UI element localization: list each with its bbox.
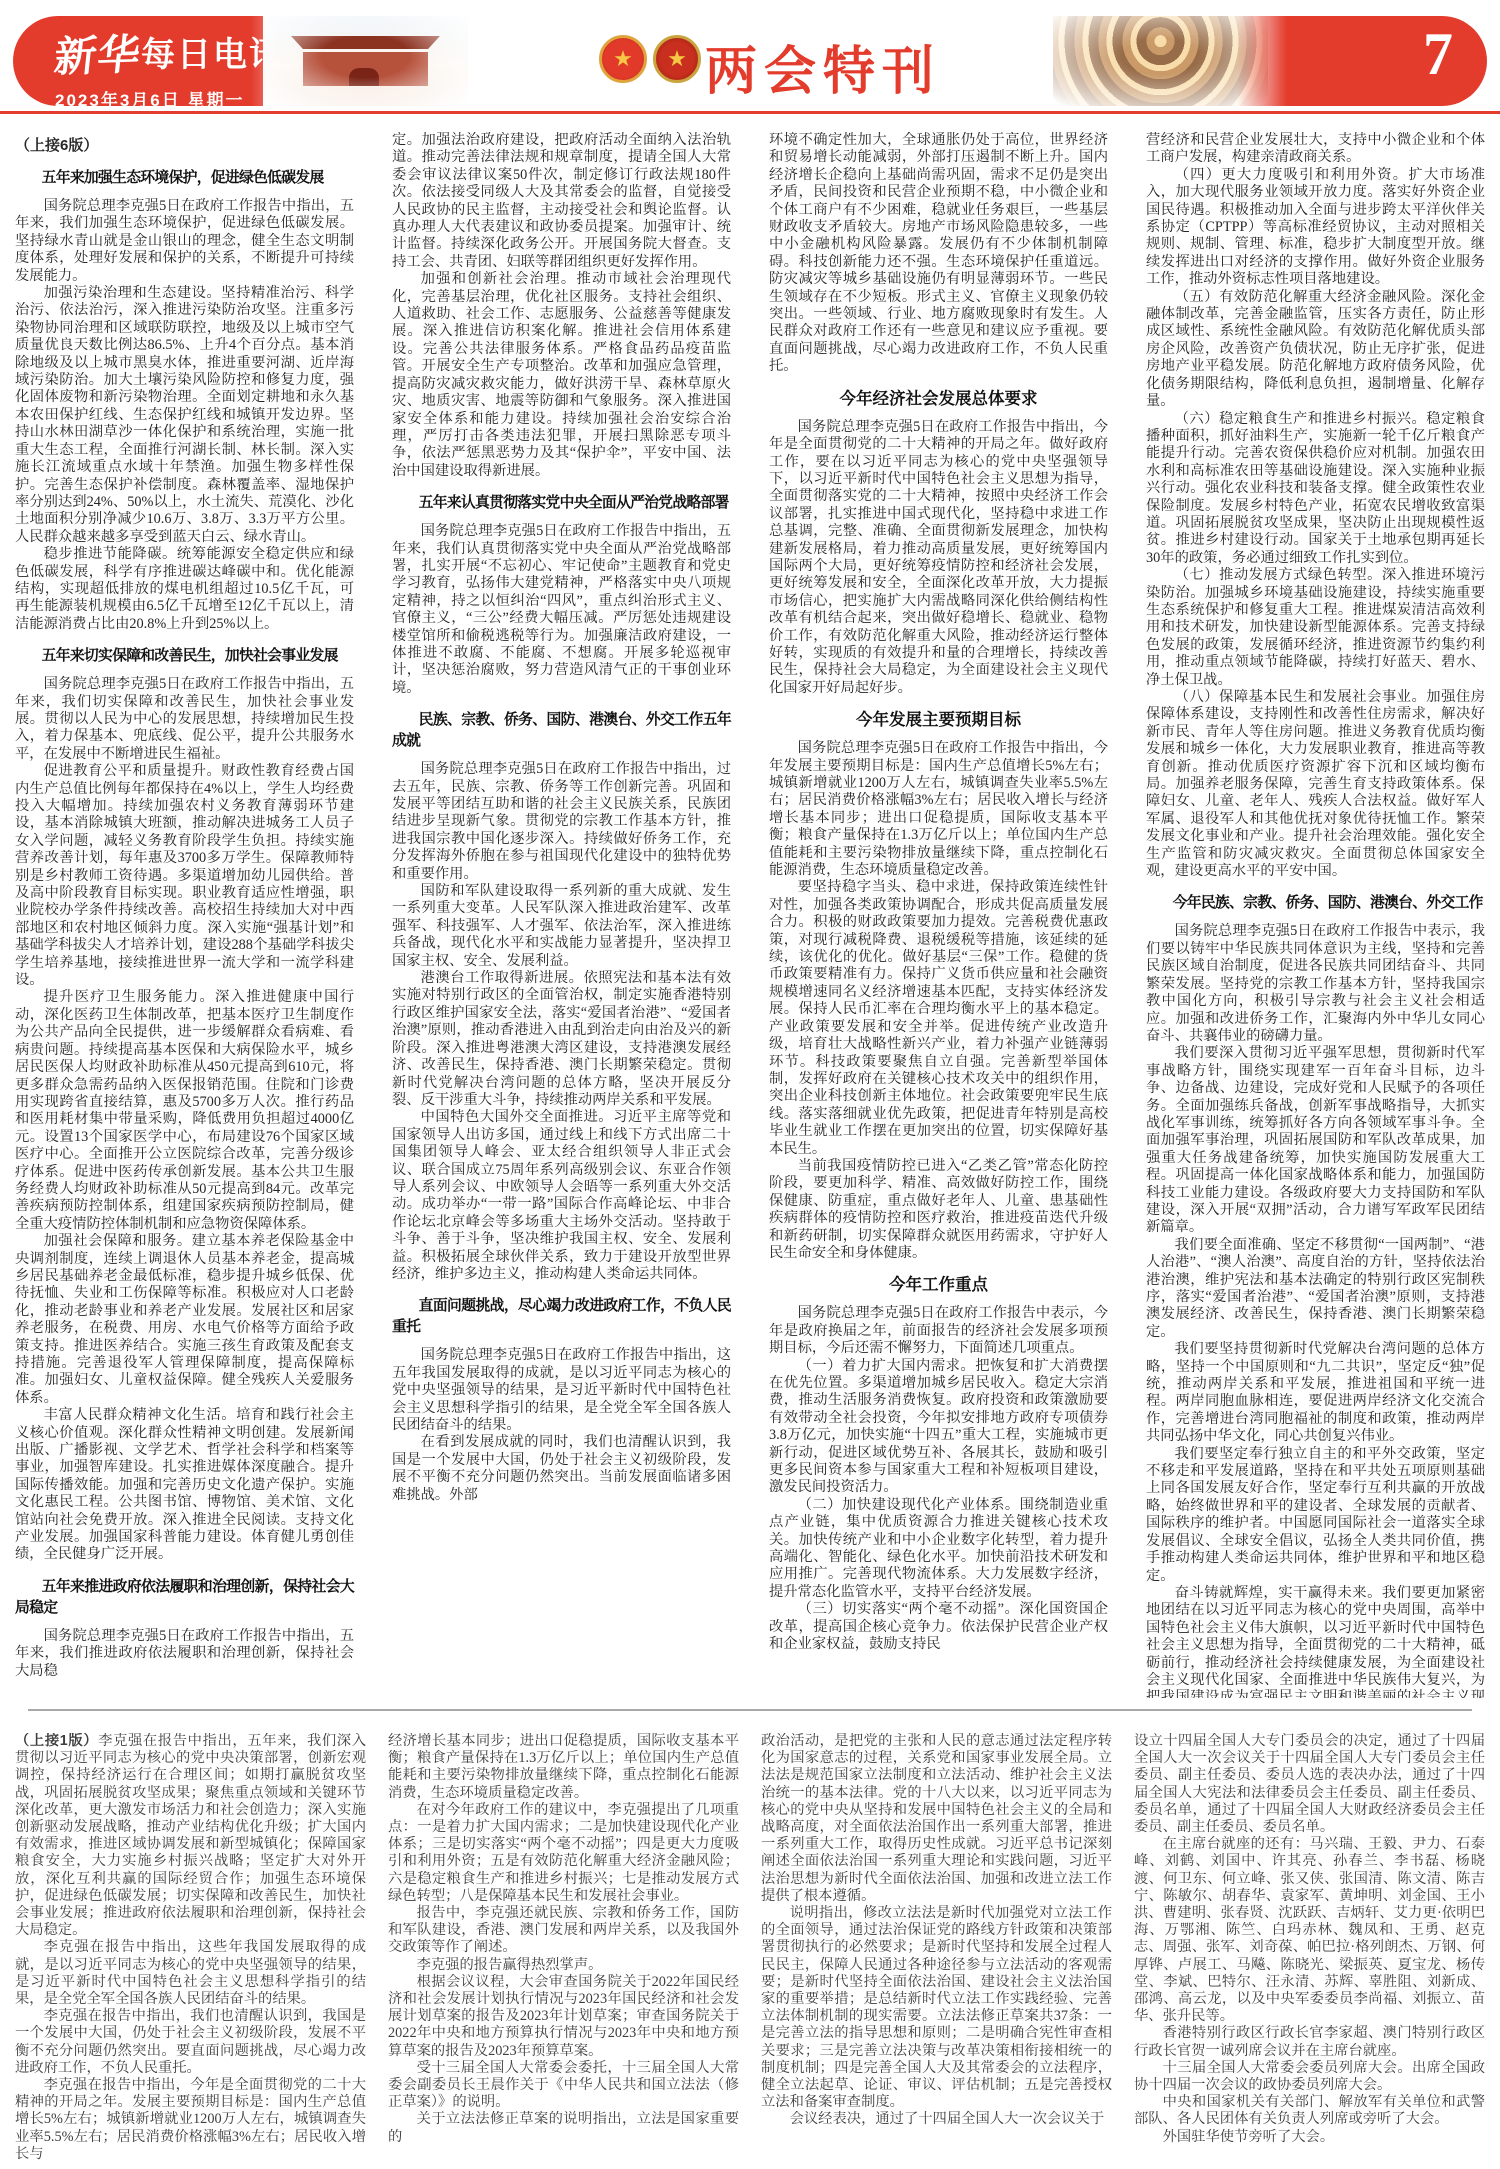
article-paragraph: （五）有效防范化解重大经济金融风险。深化金融体制改革，完善金融监管，压实各方责任… — [1146, 289, 1485, 411]
article-paragraph: 定。加强法治政府建设，把政府活动全面纳入法治轨道。推动完善法律法规和规章制度，提… — [392, 132, 731, 271]
paper-name: 新华每日电讯 — [55, 23, 285, 83]
news-column: （上接1版）李克强在报告中指出，五年来，我们深入贯彻以习近平同志为核心的党中央决… — [15, 1733, 366, 2163]
article-paragraph: 在主席台就座的还有：马兴瑞、王毅、尹力、石泰峰、刘鹤、刘国中、许其亮、孙春兰、李… — [1134, 1836, 1485, 2025]
article-paragraph: 在对今年政府工作的建议中，李克强提出了几项重点：一是着力扩大国内需求；二是加快建… — [388, 1802, 739, 1905]
article-paragraph: （六）稳定粮食生产和推进乡村振兴。稳定粮食播种面积，抓好油料生产，实施新一轮千亿… — [1146, 411, 1485, 568]
image-fade-overlay — [263, 16, 468, 106]
national-emblem-icon: ★ — [599, 35, 647, 83]
article-paragraph: 国防和军队建设取得一系列新的重大成就、发生一系列重大变革。人民军队深入推进政治建… — [392, 883, 731, 970]
section-divider-rule — [28, 1709, 1472, 1711]
page-number-band: 7 — [1237, 16, 1487, 106]
cppcc-emblem-icon: ★ — [653, 35, 701, 83]
masthead: 新华每日电讯 2023年3月6日 星期一 — [55, 23, 285, 111]
newspaper-page: 新华每日电讯 2023年3月6日 星期一 ★ ★ 两会特刊 7 （上接6版）五年… — [0, 0, 1500, 2169]
news-column: 设立十四届全国人大专门委员会的决定，通过了十四届全国人大一次会议关于十四届全国人… — [1134, 1733, 1485, 2163]
article-paragraph: 李克强在报告中指出，今年是全面贯彻党的二十大精神的开局之年。发展主要预期目标是：… — [15, 2077, 366, 2163]
article-headline: 五年来加强生态环境保护，促进绿色低碳发展 — [15, 168, 354, 189]
article-headline: 今年工作重点 — [769, 1275, 1108, 1296]
article-headline: 今年发展主要预期目标 — [769, 710, 1108, 731]
tiananmen-image — [263, 16, 468, 106]
article-paragraph: 说明指出，修改立法法是新时代加强党对立法工作的全面领导，通过法治保证党的路线方针… — [761, 1905, 1112, 2111]
article-paragraph: 国务院总理李克强5日在政府工作报告中指出，今年是全面贯彻党的二十大精神的开局之年… — [769, 419, 1108, 698]
continuation-note: （上接1版） — [15, 1733, 98, 1749]
article-paragraph: 李克强在报告中指出，这些年我国发展取得的成就，是以习近平同志为核心的党中央坚强领… — [15, 1939, 366, 2008]
news-column: 定。加强法治政府建设，把政府活动全面纳入法治轨道。推动完善法律法规和规章制度，提… — [392, 132, 731, 1698]
bottom-section: （上接1版）李克强在报告中指出，五年来，我们深入贯彻以习近平同志为核心的党中央决… — [15, 1733, 1485, 2163]
article-paragraph: 国务院总理李克强5日在政府工作报告中指出，五年来，我们切实保障和改善民生，加快社… — [15, 676, 354, 763]
article-paragraph: （一）着力扩大国内需求。把恢复和扩大消费摆在优先位置。多渠道增加城乡居民收入。稳… — [769, 1358, 1108, 1497]
news-column: （上接6版）五年来加强生态环境保护，促进绿色低碳发展国务院总理李克强5日在政府工… — [15, 132, 354, 1698]
article-paragraph: 关于立法法修正草案的说明指出，立法是国家重要的 — [388, 2111, 739, 2145]
article-paragraph: 外国驻华使节旁听了大会。 — [1134, 2129, 1485, 2146]
paper-name-calligraphy: 新华 — [52, 22, 145, 85]
article-paragraph: 根据会议议程，大会审查国务院关于2022年国民经济和社会发展计划执行情况与202… — [388, 1974, 739, 2060]
article-paragraph: 国务院总理李克强5日在政府工作报告中指出，五年来，我们推进政府依法履职和治理创新… — [15, 1628, 354, 1680]
article-paragraph: （七）推动发展方式绿色转型。深入推进环境污染防治。加强城乡环境基础设施建设，持续… — [1146, 567, 1485, 689]
news-column: 经济增长基本同步；进出口促稳提质，国际收支基本平衡；粮食产量保持在1.3万亿斤以… — [388, 1733, 739, 2163]
article-paragraph: 国务院总理李克强5日在政府工作报告中表示，今年是政府换届之年，前面报告的经济社会… — [769, 1305, 1108, 1357]
article-paragraph: 我们要全面准确、坚定不移贯彻“一国两制”、“港人治港”、“澳人治澳”、高度自治的… — [1146, 1237, 1485, 1341]
news-column: 环境不确定性加大，全球通胀仍处于高位，世界经济和贸易增长动能减弱，外部打压遏制不… — [769, 132, 1108, 1698]
article-paragraph: （四）更大力度吸引和利用外资。扩大市场准入，加大现代服务业领域开放力度。落实好外… — [1146, 167, 1485, 289]
article-paragraph: 我们要深入贯彻习近平强军思想，贯彻新时代军事战略方针，围绕实现建军一百年奋斗目标… — [1146, 1045, 1485, 1236]
article-paragraph: 政治活动，是把党的主张和人民的意志通过法定程序转化为国家意志的过程，关系党和国家… — [761, 1733, 1112, 1905]
article-headline: 民族、宗教、侨务、国防、港澳台、外交工作五年成就 — [392, 710, 731, 752]
article-headline: 直面问题挑战，尽心竭力改进政府工作，不负人民重托 — [392, 1296, 731, 1338]
article-paragraph: 国务院总理李克强5日在政府工作报告中指出，这五年我国发展取得的成就，是以习近平同… — [392, 1347, 731, 1434]
article-paragraph: （八）保障基本民生和发展社会事业。加强住房保障体系建设，支持刚性和改善性住房需求… — [1146, 689, 1485, 880]
article-paragraph: 李克强在报告中指出，我们也清醒认识到，我国是一个发展中大国，仍处于社会主义初级阶… — [15, 2008, 366, 2077]
news-column: 政治活动，是把党的主张和人民的意志通过法定程序转化为国家意志的过程，关系党和国家… — [761, 1733, 1112, 2163]
article-paragraph: 经济增长基本同步；进出口促稳提质，国际收支基本平衡；粮食产量保持在1.3万亿斤以… — [388, 1733, 739, 1802]
article-paragraph: 报告中，李克强还就民族、宗教和侨务工作，国防和军队建设，香港、澳门发展和两岸关系… — [388, 1905, 739, 1957]
article-paragraph: 促进教育公平和质量提升。财政性教育经费占国内生产总值比例每年都保持在4%以上，学… — [15, 763, 354, 989]
article-paragraph: 我们要坚定奉行独立自主的和平外交政策，坚定不移走和平发展道路，坚持在和平共处五项… — [1146, 1446, 1485, 1585]
article-paragraph: 会议经表决，通过了十四届全国人大一次会议关于 — [761, 2111, 1112, 2128]
top-section: （上接6版）五年来加强生态环境保护，促进绿色低碳发展国务院总理李克强5日在政府工… — [15, 132, 1485, 1698]
article-paragraph: 环境不确定性加大，全球通胀仍处于高位，世界经济和贸易增长动能减弱，外部打压遏制不… — [769, 132, 1108, 376]
page-number: 7 — [1423, 20, 1453, 89]
article-headline: 今年经济社会发展总体要求 — [769, 389, 1108, 410]
article-paragraph: 中央和国家机关有关部门、解放军有关单位和武警部队、各人民团体有关负责人列席或旁听… — [1134, 2094, 1485, 2128]
article-paragraph: 国务院总理李克强5日在政府工作报告中指出，过去五年，民族、宗教、侨务等工作创新完… — [392, 761, 731, 883]
article-headline: 五年来切实保障和改善民生，加快社会事业发展 — [15, 646, 354, 667]
article-paragraph: 港澳台工作取得新进展。依照宪法和基本法有效实施对特别行政区的全面管治权，制定实施… — [392, 970, 731, 1109]
article-paragraph: 稳步推进节能降碳。统筹能源安全稳定供应和绿色低碳发展，科学有序推进碳达峰碳中和。… — [15, 546, 354, 633]
article-paragraph: 国务院总理李克强5日在政府工作报告中指出，五年来，我们加强生态环境保护，促进绿色… — [15, 198, 354, 285]
article-paragraph: 当前我国疫情防控已进入“乙类乙管”常态化防控阶段，要更加科学、精准、高效做好防控… — [769, 1158, 1108, 1262]
header-red-rule — [0, 111, 1500, 114]
article-paragraph: 国务院总理李克强5日在政府工作报告中指出，五年来，我们认真贯彻落实党中央全面从严… — [392, 523, 731, 697]
article-paragraph: 国务院总理李克强5日在政府工作报告中指出，今年发展主要预期目标是：国内生产总值增… — [769, 740, 1108, 879]
article-paragraph: （三）切实落实“两个毫不动摇”。深化国资国企改革，提高国企核心竞争力。依法保护民… — [769, 1601, 1108, 1653]
article-paragraph: 加强社会保障和服务。建立基本养老保险基金中央调剂制度，连续上调退休人员基本养老金… — [15, 1233, 354, 1407]
article-paragraph: 国务院总理李克强5日在政府工作报告中表示，我们要以铸牢中华民族共同体意识为主线，… — [1146, 923, 1485, 1045]
masthead-date: 2023年3月6日 星期一 — [55, 86, 285, 111]
article-headline: 五年来认真贯彻落实党中央全面从严治党战略部署 — [392, 493, 731, 514]
article-paragraph: 中国特色大国外交全面推进。习近平主席等党和国家领导人出访多国，通过线上和线下方式… — [392, 1109, 731, 1283]
news-column: 营经济和民营企业发展壮大，支持中小微企业和个体工商户发展，构建亲清政商关系。（四… — [1146, 132, 1485, 1698]
article-paragraph: 十三届全国人大常委会委员列席大会。出席全国政协十四届一次会议的政协委员列席大会。 — [1134, 2060, 1485, 2094]
article-paragraph: 设立十四届全国人大专门委员会的决定，通过了十四届全国人大一次会议关于十四届全国人… — [1134, 1733, 1485, 1836]
edition-title: 两会特刊 — [705, 29, 941, 104]
article-paragraph: 李克强的报告赢得热烈掌声。 — [388, 1957, 739, 1974]
article-paragraph: 营经济和民营企业发展壮大，支持中小微企业和个体工商户发展，构建亲清政商关系。 — [1146, 132, 1485, 167]
image-fade-overlay — [1053, 16, 1268, 106]
article-paragraph: 奋斗铸就辉煌，实干赢得未来。我们要更加紧密地团结在以习近平同志为核心的党中央周围… — [1146, 1585, 1485, 1698]
article-paragraph: 加强和创新社会治理。推动市域社会治理现代化，完善基层治理，优化社区服务。支持社会… — [392, 271, 731, 480]
article-headline: 今年民族、宗教、侨务、国防、港澳台、外交工作 — [1146, 893, 1485, 914]
article-paragraph: 在看到发展成就的同时，我们也清醒认识到，我国是一个发展中大国，仍处于社会主义初级… — [392, 1434, 731, 1504]
article-headline: 五年来推进政府依法履职和治理创新，保持社会大局稳定 — [15, 1577, 354, 1619]
article-paragraph: 香港特别行政区行政长官李家超、澳门特别行政区行政长官贺一诚列席会议并在主席台就座… — [1134, 2025, 1485, 2059]
continuation-note: （上接6版） — [15, 134, 354, 155]
article-paragraph: 丰富人民群众精神文化生活。培育和践行社会主义核心价值观。深化群众性精神文明创建。… — [15, 1407, 354, 1564]
article-paragraph: 要坚持稳字当头、稳中求进，保持政策连续性针对性，加强各类政策协调配合，形成共促高… — [769, 879, 1108, 1158]
great-hall-image — [1053, 16, 1268, 106]
article-paragraph: （上接1版）李克强在报告中指出，五年来，我们深入贯彻以习近平同志为核心的党中央决… — [15, 1733, 366, 1939]
article-paragraph: 受十三届全国人大常委会委托，十三届全国人大常委会副委员长王晨作关于《中华人民共和… — [388, 2060, 739, 2112]
page-header: 新华每日电讯 2023年3月6日 星期一 ★ ★ 两会特刊 7 — [13, 16, 1487, 106]
article-paragraph: 提升医疗卫生服务能力。深入推进健康中国行动，深化医药卫生体制改革，把基本医疗卫生… — [15, 989, 354, 1233]
article-paragraph: 我们要坚持贯彻新时代党解决台湾问题的总体方略，坚持一个中国原则和“九二共识”，坚… — [1146, 1341, 1485, 1445]
article-paragraph: （二）加快建设现代化产业体系。围绕制造业重点产业链，集中优质资源合力推进关键核心… — [769, 1497, 1108, 1601]
article-paragraph: 加强污染治理和生态建设。坚持精准治污、科学治污、依法治污，深入推进污染防治攻坚。… — [15, 285, 354, 546]
